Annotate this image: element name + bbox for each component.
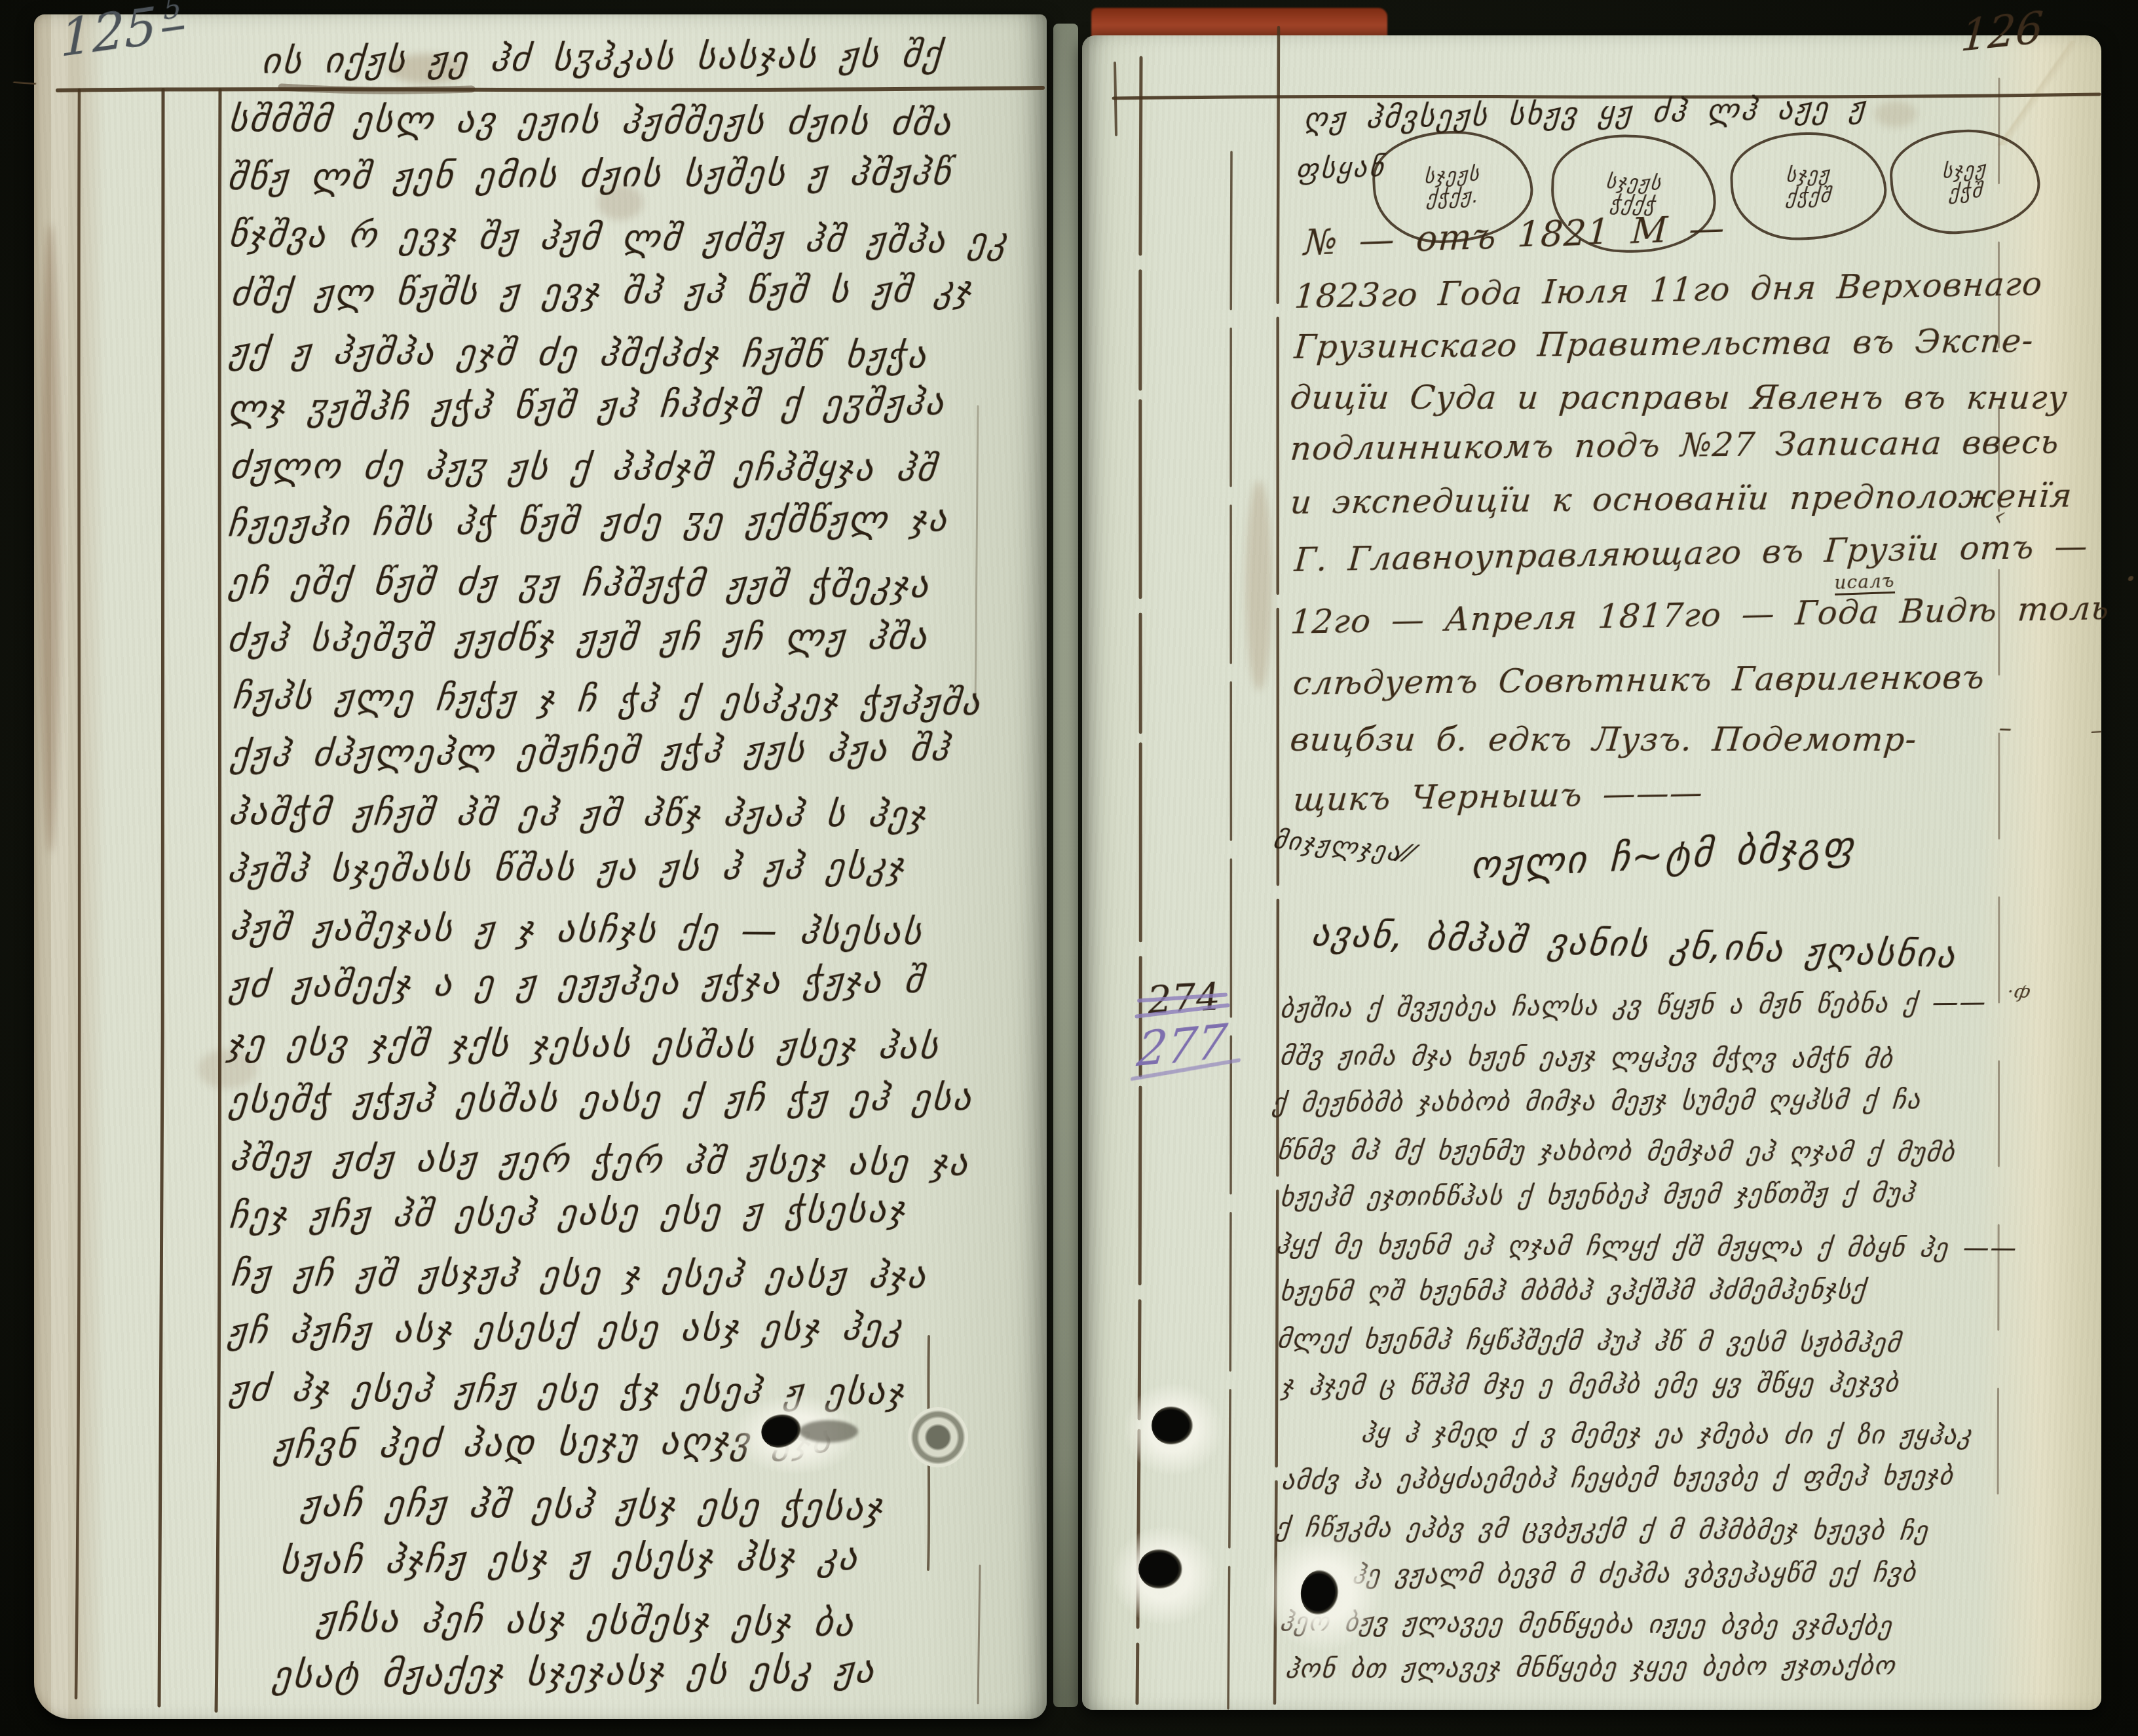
- oval-stamp-line: ქჭქშ: [1786, 186, 1833, 208]
- wormhole: [1152, 1406, 1193, 1445]
- interlinear-note: исалъ: [1834, 572, 1895, 595]
- oval-stamp-line: სჯეჟ: [1785, 164, 1831, 186]
- oval-stamp-line: ჭქქჭ: [1609, 194, 1657, 216]
- wormhole: [1138, 1549, 1183, 1589]
- oval-stamp-line: სჯეჟს: [1605, 172, 1664, 194]
- scanned-manuscript-spread: ის იქჟს ჟე ჰძ სჳჰკას სასჯას ჟს შქსშმშმ ე…: [0, 0, 2138, 1736]
- wormhole-smear: [799, 1420, 858, 1443]
- pre-oval-word: ფსყან: [1295, 153, 1386, 183]
- oval-stamp-line: სჯეჟს: [1423, 164, 1480, 187]
- oval-stamp: სჯეჟსჭქქჭ: [1549, 132, 1718, 256]
- oval-stamps-layer: სჯეჟსქჭქჟ.სჯეჟსჭქქჭსჯეჟქჭქშსჯეჟქჭშ: [0, 0, 2138, 1736]
- oval-stamp: სჯეჟსქჭქჟ.: [1370, 127, 1536, 247]
- wormhole-ring: [908, 1407, 968, 1467]
- oval-stamp-line: სჯეჟ: [1941, 159, 1987, 182]
- oval-stamp: სჯეჟქჭშ: [1887, 124, 2043, 238]
- folio-number-purple: 277: [1135, 1013, 1230, 1078]
- page-number-left-superscript: 5: [162, 0, 184, 32]
- oval-stamp-line: ქჭქჟ.: [1426, 186, 1480, 210]
- oval-stamp-line: ქჭშ: [1948, 181, 1983, 204]
- oval-stamp: სჯეჟქჭქშ: [1729, 130, 1888, 242]
- page-number-right: 126: [1959, 6, 2044, 58]
